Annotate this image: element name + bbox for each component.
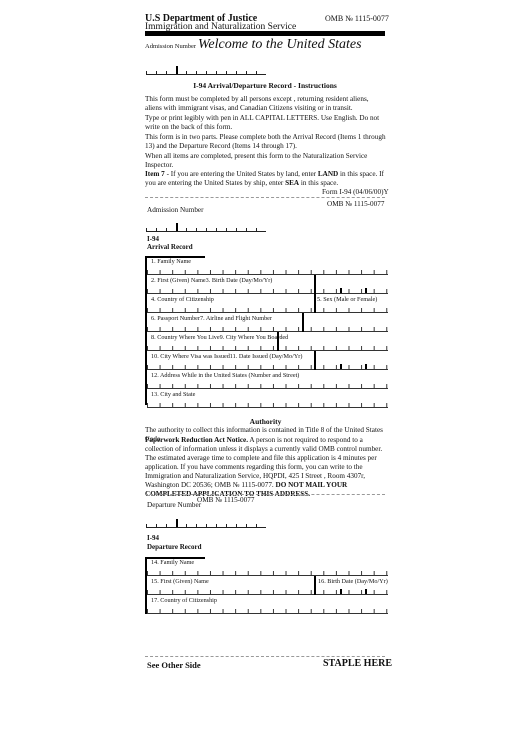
label-visa-city: 10. City Where Visa was Issued11. Date I… [151, 353, 302, 360]
departure-number-field[interactable] [146, 519, 266, 528]
departure-form: 14. Family Name 15. First (Given) Name 1… [145, 557, 388, 614]
paperwork-notice: Paperwork Reduction Act Notice. A person… [145, 436, 387, 499]
label-city-state: 13. City and State [151, 391, 195, 398]
item7-text-3: in this space. [299, 179, 338, 187]
instructions-para-3: This form is in two parts. Please comple… [145, 133, 387, 151]
item7-text-1: - If you are entering the United States … [165, 170, 318, 178]
field-dep-first-name[interactable]: 15. First (Given) Name 16. Birth Date (D… [147, 576, 388, 595]
label-dep-country: 17. Country of Citizenship [151, 597, 217, 604]
cut-line-2 [145, 494, 385, 495]
instructions-para-2: Type or print legibly with pen in ALL CA… [145, 114, 387, 132]
divider-airline [302, 313, 304, 332]
label-country-live: 8. Country Where You Live9. City Where Y… [151, 334, 288, 341]
field-country-live-city-boarded[interactable]: 8. Country Where You Live9. City Where Y… [147, 332, 388, 351]
arrival-omb: OMB № 1115-0077 [327, 200, 384, 208]
instructions-para-5: Item 7 - If you are entering the United … [145, 170, 387, 188]
divider-date-issued [314, 351, 316, 370]
instructions-title: I-94 Arrival/Departure Record - Instruct… [145, 81, 385, 90]
staple-here: STAPLE HERE [323, 658, 392, 669]
item7-land: LAND [318, 170, 338, 178]
label-passport: 6. Passport Number7. Airline and Flight … [151, 315, 272, 322]
instructions-para-4: When all items are completed, present th… [145, 152, 387, 170]
label-family-name: 1. Family Name [151, 258, 191, 265]
field-passport-airline[interactable]: 6. Passport Number7. Airline and Flight … [147, 313, 388, 332]
divider-city-boarded [277, 332, 279, 351]
instructions-para-1: This form must be completed by all perso… [145, 95, 387, 113]
cut-line [145, 197, 385, 198]
label-country-citizenship: 4. Country of Citizenship [151, 296, 214, 303]
arrival-admission-field[interactable] [146, 223, 266, 232]
header-divider [145, 31, 385, 36]
authority-title: Authority [145, 417, 386, 426]
departure-record-title: Departure Record [147, 543, 202, 552]
field-family-name[interactable]: 1. Family Name [147, 256, 388, 275]
label-dep-family-name: 14. Family Name [151, 559, 194, 566]
item7-sea: SEA [285, 179, 299, 187]
field-dep-family-name[interactable]: 14. Family Name [147, 557, 388, 576]
departure-omb: OMB № 1115-0077 [197, 496, 254, 504]
label-address: 12. Address While in the United States (… [151, 372, 299, 379]
label-sex: 5. Sex (Male or Female) [317, 296, 377, 303]
omb-number: OMB № 1115-0077 [325, 14, 389, 23]
field-country-citizenship[interactable]: 4. Country of Citizenship 5. Sex (Male o… [147, 294, 388, 313]
cut-line-3 [145, 656, 385, 657]
label-first-name: 2. First (Given) Name3. Birth Date (Day/… [151, 277, 272, 284]
departure-form-id: I-94 [147, 534, 159, 543]
welcome-title: Welcome to the United States [198, 37, 362, 53]
departure-number-label: Departure Number [147, 501, 201, 509]
field-first-name-birth-date[interactable]: 2. First (Given) Name3. Birth Date (Day/… [147, 275, 388, 294]
arrival-form: 1. Family Name 2. First (Given) Name3. B… [145, 256, 388, 405]
form-version: Form I-94 (04/06/00)Y [322, 188, 389, 196]
arrival-admission-label: Admission Number [147, 206, 204, 214]
see-other-side: See Other Side [147, 660, 201, 670]
field-address[interactable]: 12. Address While in the United States (… [147, 370, 388, 389]
arrival-record-title: Arrival Record [147, 243, 193, 252]
label-dep-birth-date: 16. Birth Date (Day/Mo/Yr) [318, 578, 388, 585]
field-visa-city-date[interactable]: 10. City Where Visa was Issued11. Date I… [147, 351, 388, 370]
item7-label: Item 7 [145, 170, 165, 178]
divider-birth-date [314, 275, 316, 313]
label-dep-first-name: 15. First (Given) Name [151, 578, 209, 585]
admission-number-field[interactable] [146, 66, 266, 75]
admission-number-label: Admission Number [145, 43, 196, 50]
divider-dep-birth-date [314, 576, 316, 595]
prn-title: Paperwork Reduction Act Notice. [145, 436, 248, 444]
field-city-state[interactable]: 13. City and State [147, 389, 388, 408]
field-dep-country[interactable]: 17. Country of Citizenship [147, 595, 388, 614]
